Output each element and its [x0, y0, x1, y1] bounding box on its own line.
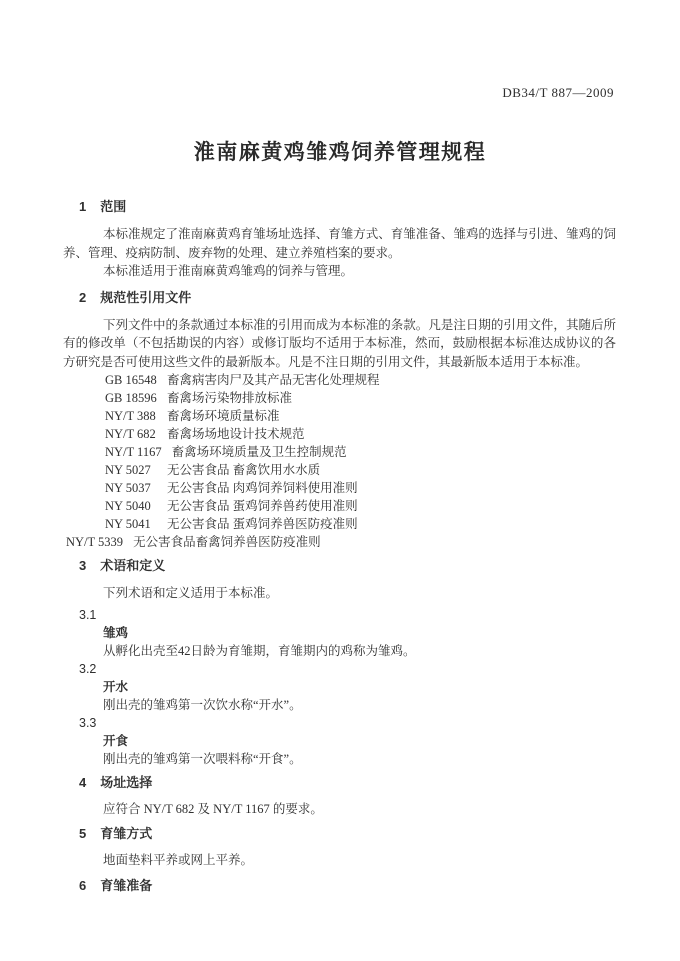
- reference-title: 无公害食品 蛋鸡饲养兽药使用准则: [167, 499, 358, 513]
- section-number: 4: [79, 775, 86, 790]
- section-number: 2: [79, 290, 86, 305]
- paragraph-site: 应符合 NY/T 682 及 NY/T 1167 的要求。: [63, 800, 616, 819]
- section-title: 规范性引用文件: [100, 290, 191, 305]
- reference-item: NY 5041无公害食品 蛋鸡饲养兽医防疫准则: [105, 515, 616, 533]
- paragraph-rearing-method: 地面垫料平养或网上平养。: [63, 851, 616, 870]
- reference-item: GB 18596畜禽场污染物排放标准: [105, 389, 616, 407]
- reference-code: NY/T 682: [105, 425, 157, 443]
- term-name: 开食: [103, 732, 616, 750]
- reference-code: NY 5037: [105, 479, 157, 497]
- reference-item: NY 5040无公害食品 蛋鸡饲养兽药使用准则: [105, 497, 616, 515]
- reference-title: 畜禽病害肉尸及其产品无害化处理规程: [167, 373, 380, 387]
- reference-title: 无公害食品 肉鸡饲养饲料使用准则: [167, 481, 358, 495]
- term-item: 3.3 开食 刚出壳的雏鸡第一次喂料称“开食”。: [63, 714, 616, 768]
- term-definition: 刚出壳的雏鸡第一次饮水称“开水”。: [63, 696, 616, 714]
- reference-item: NY 5037无公害食品 肉鸡饲养饲料使用准则: [105, 479, 616, 497]
- reference-code: GB 16548: [105, 371, 157, 389]
- section-1-heading: 1范围: [79, 198, 616, 215]
- term-number: 3.1: [79, 606, 616, 624]
- reference-item: NY/T 1167畜禽场环境质量及卫生控制规范: [105, 443, 616, 461]
- reference-code: NY/T 388: [105, 407, 157, 425]
- term-name: 雏鸡: [103, 624, 616, 642]
- section-number: 1: [79, 199, 86, 214]
- term-definition: 从孵化出壳至42日龄为育雏期，育雏期内的鸡称为雏鸡。: [63, 642, 616, 660]
- standard-code: DB34/T 887—2009: [502, 85, 614, 101]
- reference-code: GB 18596: [105, 389, 157, 407]
- section-number: 5: [79, 826, 86, 841]
- reference-item: NY 5027无公害食品 畜禽饮用水水质: [105, 461, 616, 479]
- terms-list: 3.1 雏鸡 从孵化出壳至42日龄为育雏期，育雏期内的鸡称为雏鸡。 3.2 开水…: [63, 606, 616, 768]
- term-item: 3.1 雏鸡 从孵化出壳至42日龄为育雏期，育雏期内的鸡称为雏鸡。: [63, 606, 616, 660]
- paragraph-terms-intro: 下列术语和定义适用于本标准。: [63, 584, 616, 603]
- reference-code: NY/T 1167: [105, 443, 162, 461]
- reference-item: GB 16548畜禽病害肉尸及其产品无害化处理规程: [105, 371, 616, 389]
- reference-title: 畜禽场环境质量标准: [167, 409, 280, 423]
- reference-title: 无公害食品畜禽饲养兽医防疫准则: [133, 535, 321, 549]
- section-6-heading: 6育雏准备: [79, 877, 616, 894]
- section-number: 6: [79, 878, 86, 893]
- reference-item: NY/T 682畜禽场场地设计技术规范: [105, 425, 616, 443]
- reference-item: NY/T 5339无公害食品畜禽饲养兽医防疫准则: [66, 533, 616, 551]
- reference-item: NY/T 388畜禽场环境质量标准: [105, 407, 616, 425]
- reference-code: NY 5040: [105, 497, 157, 515]
- reference-title: 无公害食品 畜禽饮用水水质: [167, 463, 320, 477]
- reference-title: 畜禽场污染物排放标准: [167, 391, 292, 405]
- reference-title: 无公害食品 蛋鸡饲养兽医防疫准则: [167, 517, 358, 531]
- reference-code: NY/T 5339: [66, 533, 123, 551]
- reference-title: 畜禽场环境质量及卫生控制规范: [172, 445, 347, 459]
- term-name: 开水: [103, 678, 616, 696]
- reference-code: NY 5027: [105, 461, 157, 479]
- reference-list: GB 16548畜禽病害肉尸及其产品无害化处理规程 GB 18596畜禽场污染物…: [63, 371, 616, 551]
- section-title: 术语和定义: [100, 558, 165, 573]
- term-definition: 刚出壳的雏鸡第一次喂料称“开食”。: [63, 750, 616, 768]
- document-title: 淮南麻黄鸡雏鸡饲养管理规程: [0, 136, 680, 166]
- section-number: 3: [79, 558, 86, 573]
- section-4-heading: 4场址选择: [79, 774, 616, 791]
- reference-code: NY 5041: [105, 515, 157, 533]
- document-page: DB34/T 887—2009 淮南麻黄鸡雏鸡饲养管理规程 1范围 本标准规定了…: [0, 0, 680, 961]
- reference-title: 畜禽场场地设计技术规范: [167, 427, 305, 441]
- section-title: 育雏方式: [100, 826, 152, 841]
- section-3-heading: 3术语和定义: [79, 557, 616, 574]
- paragraph-scope-2: 本标准适用于淮南麻黄鸡雏鸡的饲养与管理。: [63, 262, 616, 281]
- section-title: 范围: [100, 199, 126, 214]
- section-title: 育雏准备: [100, 878, 152, 893]
- section-5-heading: 5育雏方式: [79, 825, 616, 842]
- section-title: 场址选择: [100, 775, 152, 790]
- section-2-heading: 2规范性引用文件: [79, 289, 616, 306]
- term-item: 3.2 开水 刚出壳的雏鸡第一次饮水称“开水”。: [63, 660, 616, 714]
- term-number: 3.3: [79, 714, 616, 732]
- paragraph-scope-1: 本标准规定了淮南麻黄鸡育雏场址选择、育雏方式、育雏准备、雏鸡的选择与引进、雏鸡的…: [63, 225, 616, 262]
- document-body: 1范围 本标准规定了淮南麻黄鸡育雏场址选择、育雏方式、育雏准备、雏鸡的选择与引进…: [63, 190, 616, 894]
- term-number: 3.2: [79, 660, 616, 678]
- paragraph-references-intro: 下列文件中的条款通过本标准的引用而成为本标准的条款。凡是注日期的引用文件，其随后…: [63, 316, 616, 372]
